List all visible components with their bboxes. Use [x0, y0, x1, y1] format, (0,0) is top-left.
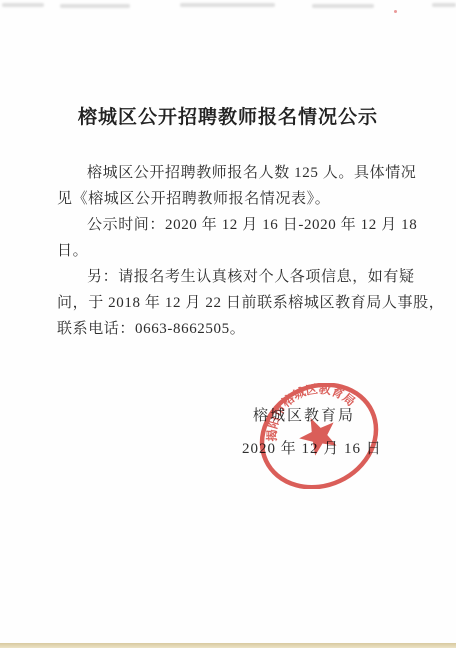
- scan-artifact: [312, 4, 374, 8]
- scan-artifact: [2, 3, 44, 7]
- document-body: 榕城区公开招聘教师报名人数 125 人。具体情况 见《榕城区公开招聘教师报名情况…: [57, 160, 417, 342]
- scan-artifact: [432, 3, 456, 7]
- scan-artifact: [180, 3, 275, 7]
- scanned-document-page: 榕城区公开招聘教师报名情况公示 榕城区公开招聘教师报名人数 125 人。具体情况…: [0, 0, 456, 648]
- body-line: 榕城区公开招聘教师报名人数 125 人。具体情况: [57, 160, 417, 186]
- body-line: 问，于 2018 年 12 月 22 日前联系榕城区教育局人事股，: [57, 290, 417, 316]
- document-title: 榕城区公开招聘教师报名情况公示: [0, 102, 456, 129]
- scan-artifact: [60, 4, 130, 8]
- body-line: 联系电话：0663-8662505。: [57, 316, 417, 342]
- body-line: 另：请报名考生认真核对个人各项信息，如有疑: [57, 264, 417, 290]
- seal-star-icon: [293, 410, 343, 459]
- body-line: 公示时间：2020 年 12 月 16 日-2020 年 12 月 18: [57, 212, 417, 238]
- body-line: 见《榕城区公开招聘教师报名情况表》。: [57, 186, 417, 212]
- scan-artifact: [394, 10, 397, 13]
- page-bottom-edge: [0, 643, 456, 648]
- body-line: 日。: [57, 238, 417, 264]
- official-seal-stamp: 揭阳市榕城区教育局: [256, 383, 382, 489]
